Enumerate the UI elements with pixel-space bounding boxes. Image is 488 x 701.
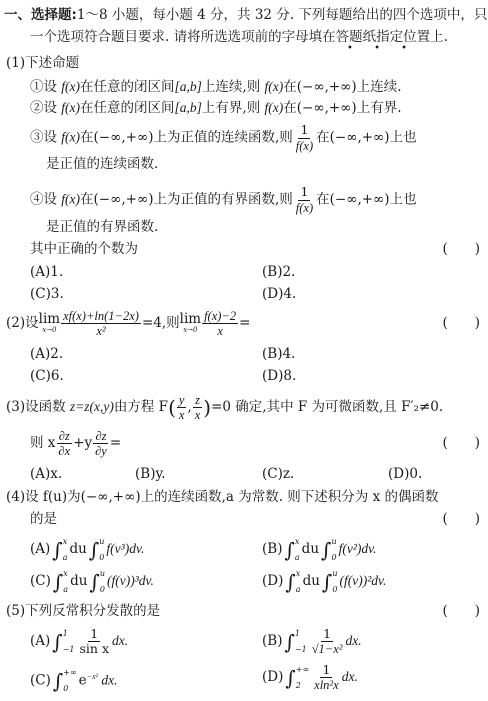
q3-option-d[interactable]: (D)0.	[388, 465, 422, 483]
q1-option-c[interactable]: (C)3.	[30, 285, 64, 303]
q4-option-a[interactable]: (A)∫xadu∫u0f(v³)dv.	[30, 535, 144, 563]
q1-statement-1: ①设 f(x)在任意的闭区间[a,b]上连续,则 f(x)在(−∞,+∞)上连续…	[30, 78, 401, 96]
q1-option-b[interactable]: (B)2.	[262, 263, 295, 281]
q2-option-a[interactable]: (A)2.	[30, 345, 63, 363]
section-header: 一、选择题:1～8 小题，每小题 4 分，共 32 分. 下列每题给出的四个选项…	[4, 6, 488, 24]
q4-stem-line2: 的是	[30, 510, 57, 528]
q1-answer-paren[interactable]: ( )	[442, 240, 480, 258]
q3-option-b[interactable]: (B)y.	[135, 465, 166, 483]
q5-answer-paren[interactable]: ( )	[442, 602, 480, 620]
q4-answer-paren[interactable]: ( )	[442, 510, 480, 528]
q4-stem-line1: (4)设 f(u)为(−∞,+∞)上的连续函数,a 为常数. 则下述积分为 x …	[6, 488, 439, 506]
q1-statement-3-cont: 是正值的连续函数.	[46, 155, 158, 173]
q2-answer-paren[interactable]: ( )	[442, 314, 480, 332]
q5-option-d[interactable]: (D)∫+∞21xln²xdx.	[262, 662, 358, 692]
q5-stem: (5)下列反常积分发散的是	[6, 602, 160, 620]
instructions-line1: 1～8 小题，每小题 4 分，共 32 分. 下列每题给出的四个选项中，只有	[77, 7, 488, 23]
q2-option-c[interactable]: (C)6.	[30, 367, 64, 385]
q4-option-b[interactable]: (B)∫xadu∫u0f(v²)dv.	[262, 535, 377, 563]
q1-statement-4: ④设 f(x)在(−∞,+∞)上为正值的有界函数,则1f(x)在(−∞,+∞)上…	[30, 186, 417, 214]
q1-statement-2: ②设 f(x)在任意的闭区间[a,b]上有界,则 f(x)在(−∞,+∞)上有界…	[30, 99, 401, 117]
q1-statement-4-cont: 是正值的有界函数.	[46, 218, 158, 236]
q4-option-c[interactable]: (C)∫xadu∫u0(f(v))³dv.	[30, 567, 154, 595]
q5-option-c[interactable]: (C)∫+∞0e−x² dx.	[30, 662, 118, 696]
fraction: 1f(x)	[294, 124, 315, 152]
section-label: 一、选择题	[4, 7, 72, 23]
q1-stem: (1)下述命题	[6, 54, 79, 72]
q5-option-a[interactable]: (A)∫1−11sin xdx.	[30, 624, 128, 658]
q4-option-d[interactable]: (D)∫xadu∫u0(f(v))²dv.	[262, 567, 386, 595]
emphasis-dots: • • •	[347, 43, 416, 54]
q5-option-b[interactable]: (B)∫1−11√1−x²dx.	[262, 624, 362, 658]
q3-option-c[interactable]: (C)z.	[262, 465, 294, 483]
q3-answer-paren[interactable]: ( )	[442, 434, 480, 452]
q2-option-b[interactable]: (B)4.	[262, 345, 295, 363]
fraction: 1f(x)	[294, 186, 315, 214]
q3-line2: 则 x∂z∂x+y∂z∂y=	[30, 428, 121, 458]
q2-option-d[interactable]: (D)8.	[262, 367, 296, 385]
q3-stem: (3)设函数 z=z(x,y)由方程 F(yx,zx)=0 确定,其中 F 为可…	[6, 392, 443, 423]
q1-prompt: 其中正确的个数为	[30, 240, 138, 258]
q3-option-a[interactable]: (A)x.	[30, 465, 62, 483]
q2-stem: (2)设limx→0xf(x)+ln(1−2x)x²=4,则limx→0f(x)…	[6, 308, 250, 338]
q1-option-d[interactable]: (D)4.	[262, 285, 296, 303]
q1-statement-3: ③设 f(x)在(−∞,+∞)上为正值的连续函数,则1f(x)在(−∞,+∞)上…	[30, 124, 417, 152]
q1-option-a[interactable]: (A)1.	[30, 263, 63, 281]
